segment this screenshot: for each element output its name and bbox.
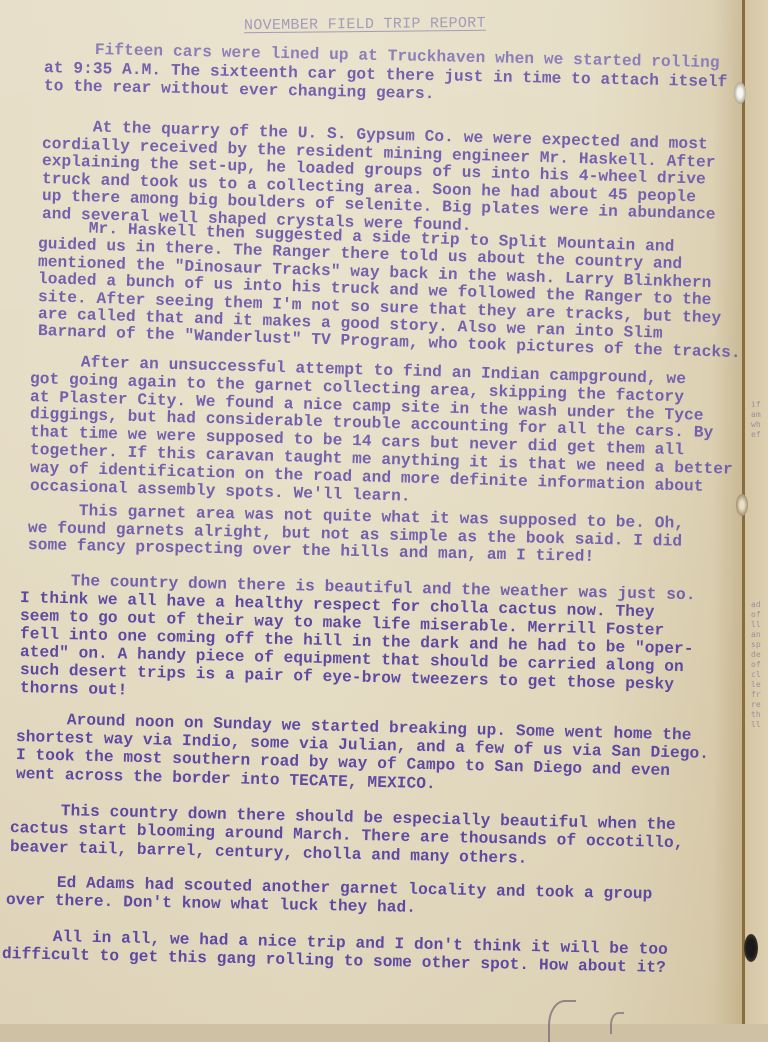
adjacent-page-text: ad of ll an sp de of cl le fr re th ll [751, 600, 765, 730]
punch-hole-icon [736, 494, 748, 516]
page-title: NOVEMBER FIELD TRIP REPORT [244, 15, 486, 35]
text-line: thorns out! [20, 679, 128, 699]
adjacent-page-text: if am wh ef [751, 400, 765, 440]
punch-hole-icon [734, 82, 746, 104]
adjacent-page-edge: if am wh ef ad of ll an sp de of cl le f… [745, 0, 768, 1024]
punch-hole-icon [744, 934, 758, 962]
